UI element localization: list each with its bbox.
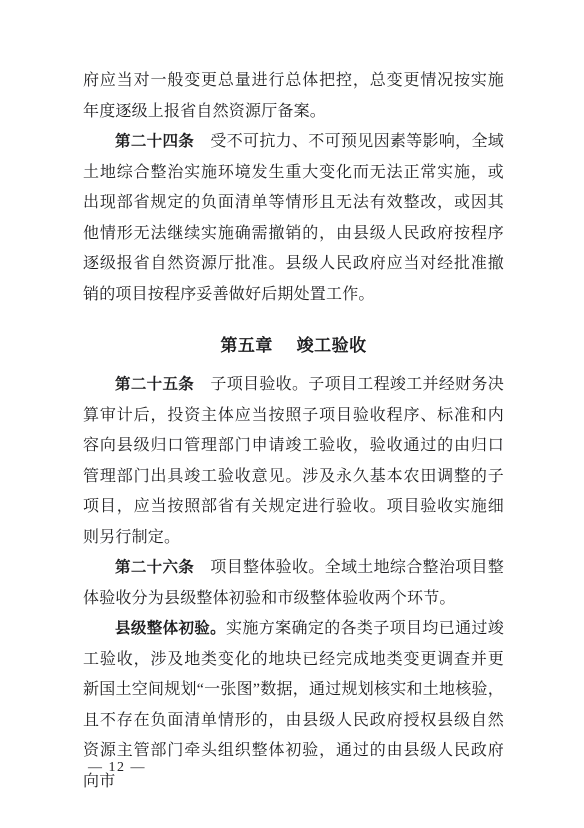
county-initial-acceptance-paragraph: 县级整体初验。实施方案确定的各类子项目均已通过竣工验收，涉及地类变化的地块已经完… — [83, 614, 504, 797]
article-26-paragraph: 第二十六条 项目整体验收。全域土地综合整治项目整体验收分为县级整体初验和市级整体… — [83, 553, 504, 614]
chapter-title: 竣工验收 — [297, 336, 367, 355]
document-page: 府应当对一般变更总量进行总体把控，总变更情况按实施年度逐级上报省自然资源厅备案。… — [0, 0, 584, 828]
paragraph-text: 府应当对一般变更总量进行总体把控，总变更情况按实施年度逐级上报省自然资源厅备案。 — [83, 72, 504, 120]
document-body: 府应当对一般变更总量进行总体把控，总变更情况按实施年度逐级上报省自然资源厅备案。… — [83, 66, 504, 797]
article-24-text: 受不可抗力、不可预见因素等影响，全域土地综合整治实施环境发生重大变化而无法正常实… — [83, 133, 504, 303]
chapter-heading: 第五章竣工验收 — [83, 331, 504, 361]
article-25-text: 子项目验收。子项目工程竣工并经财务决算审计后，投资主体应当按照子项目验收程序、标… — [83, 376, 504, 546]
article-24-number: 第二十四条 — [115, 133, 194, 150]
article-24-paragraph: 第二十四条 受不可抗力、不可预见因素等影响，全域土地综合整治实施环境发生重大变化… — [83, 127, 504, 310]
chapter-label: 第五章 — [220, 336, 273, 355]
continued-paragraph: 府应当对一般变更总量进行总体把控，总变更情况按实施年度逐级上报省自然资源厅备案。 — [83, 66, 504, 127]
county-initial-acceptance-lead: 县级整体初验。 — [115, 620, 226, 637]
article-25-number: 第二十五条 — [115, 376, 194, 393]
article-26-number: 第二十六条 — [115, 559, 194, 576]
county-initial-acceptance-text: 实施方案确定的各类子项目均已通过竣工验收，涉及地类变化的地块已经完成地类变更调查… — [83, 620, 504, 790]
page-number: — 12 — — [88, 760, 146, 776]
article-25-paragraph: 第二十五条 子项目验收。子项目工程竣工并经财务决算审计后，投资主体应当按照子项目… — [83, 370, 504, 553]
